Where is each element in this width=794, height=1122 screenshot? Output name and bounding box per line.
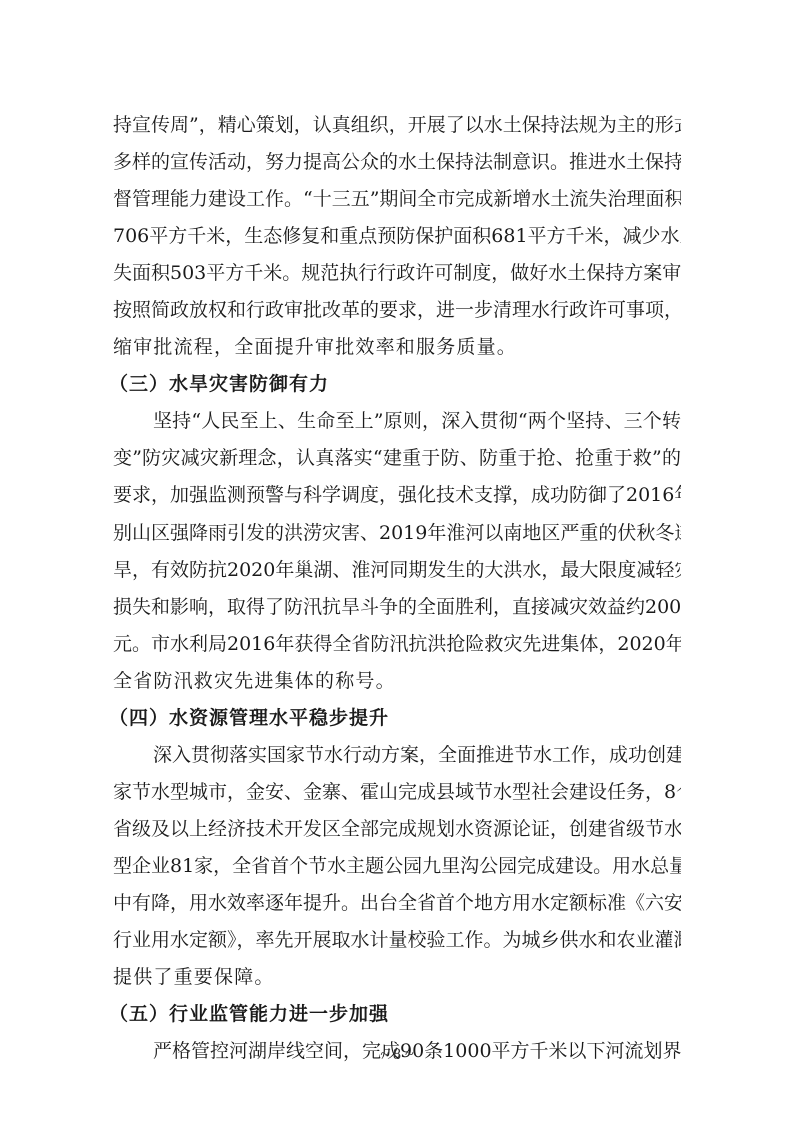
text-line: 提供了重要保障。 [113, 959, 681, 996]
text-line: 706平方千米，生态修复和重点预防保护面积681平方千米，减少水土流 [113, 218, 681, 255]
text-line: 损失和影响，取得了防汛抗旱斗争的全面胜利，直接减灾效益约200亿 [113, 589, 681, 626]
text-line: 中有降，用水效率逐年提升。出台全省首个地方用水定额标准《六安市 [113, 885, 681, 922]
text-line: 元。市水利局2016年获得全省防汛抗洪抢险救灾先进集体，2020年获得 [113, 626, 681, 663]
document-page: 持宣传周”，精心策划，认真组织，开展了以水土保持法规为主的形式 多样的宣传活动，… [113, 107, 681, 1070]
section-heading-water-resources: （四）水资源管理水平稳步提升 [109, 700, 681, 737]
text-line: 督管理能力建设工作。“十三五”期间全市完成新增水土流失治理面积 [113, 181, 681, 218]
section-heading-industry-supervision: （五）行业监管能力进一步加强 [109, 996, 681, 1033]
text-line: 深入贯彻落实国家节水行动方案，全面推进节水工作，成功创建国 [113, 737, 681, 774]
paragraph-flood-drought: 坚持“人民至上、生命至上”原则，深入贯彻“两个坚持、三个转 变”防灾减灾新理念，… [113, 403, 681, 699]
text-line: 坚持“人民至上、生命至上”原则，深入贯彻“两个坚持、三个转 [113, 403, 681, 440]
text-line: 别山区强降雨引发的洪涝灾害、2019年淮河以南地区严重的伏秋冬连 [113, 515, 681, 552]
text-line: 变”防灾减灾新理念，认真落实“建重于防、防重于抢、抢重于救”的 [113, 440, 681, 477]
text-line: 型企业81家，全省首个节水主题公园九里沟公园完成建设。用水总量稳 [113, 848, 681, 885]
paragraph-water-resources: 深入贯彻落实国家节水行动方案，全面推进节水工作，成功创建国 家节水型城市，金安、… [113, 737, 681, 996]
text-line: 行业用水定额》，率先开展取水计量校验工作。为城乡供水和农业灌溉 [113, 922, 681, 959]
text-line: 失面积503平方千米。规范执行行政许可制度，做好水土保持方案审批。 [113, 255, 681, 292]
paragraph-soil-conservation: 持宣传周”，精心策划，认真组织，开展了以水土保持法规为主的形式 多样的宣传活动，… [113, 107, 681, 366]
text-line: 持宣传周”，精心策划，认真组织，开展了以水土保持法规为主的形式 [113, 107, 681, 144]
text-line: 多样的宣传活动，努力提高公众的水土保持法制意识。推进水土保持监 [113, 144, 681, 181]
text-line: 家节水型城市，金安、金寨、霍山完成县域节水型社会建设任务，8个 [113, 774, 681, 811]
text-line: 省级及以上经济技术开发区全部完成规划水资源论证，创建省级节水 [113, 811, 681, 848]
text-line: 全省防汛救灾先进集体的称号。 [113, 663, 681, 700]
text-line: 要求，加强监测预警与科学调度，强化技术支撑，成功防御了2016年大 [113, 477, 681, 514]
section-heading-flood-drought: （三）水旱灾害防御有力 [109, 366, 681, 403]
text-line: 旱，有效防抗2020年巢湖、淮河同期发生的大洪水，最大限度减轻灾害 [113, 552, 681, 589]
text-line: 按照简政放权和行政审批改革的要求，进一步清理水行政许可事项，压 [113, 292, 681, 329]
page-number: ~ 8 ~ [0, 1046, 794, 1064]
text-line: 缩审批流程，全面提升审批效率和服务质量。 [113, 329, 681, 366]
